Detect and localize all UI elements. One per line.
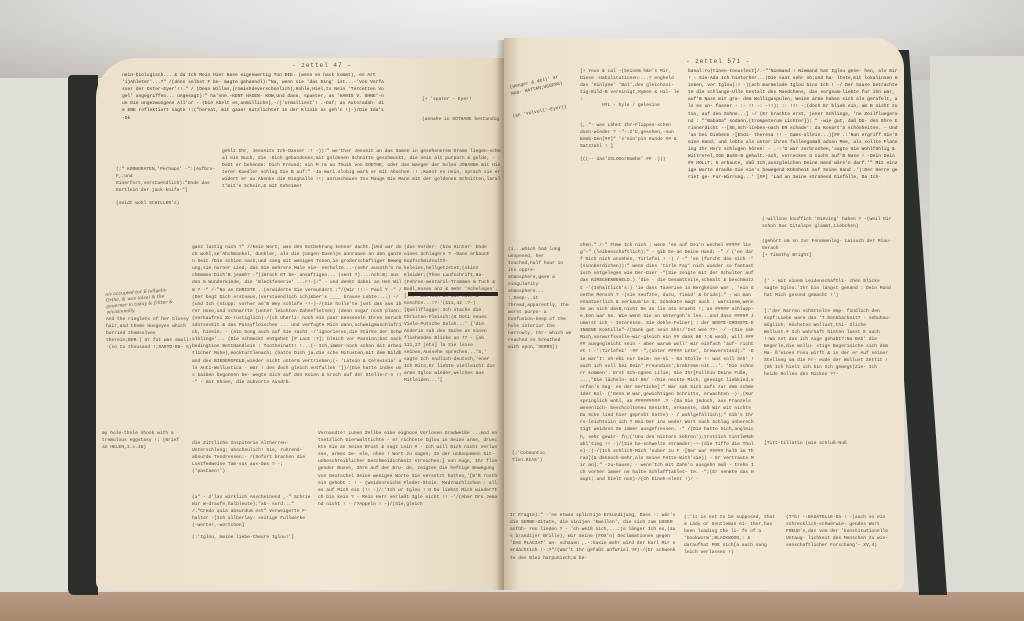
- margin-note: (gehört um so zur Fenomenlog- Laisuch de…: [762, 238, 892, 252]
- margin-note-english: (:'it is not to be supposed, that a Lady…: [684, 514, 776, 556]
- main-text-top: banal:ro)tinen-toouslect]/.-"'Niemand ! …: [688, 68, 898, 182]
- backdrop-right: [930, 56, 1024, 596]
- margin-note-english: my hole-thole shook with a tremulous egg…: [102, 430, 186, 451]
- margin-note: (das Vorder- (bzw Hinter- Ende eines Sch…: [404, 244, 500, 384]
- margin-note: die Zittliche Inspiterie Altherren-Unter…: [192, 440, 312, 475]
- margin-note: (a" - d'las wirklich Anscheinend ,-" Sch…: [192, 494, 312, 529]
- right-page: - zettel 571 - (wenger & del)' ar MAN- H…: [504, 38, 904, 590]
- margin-note: [+ Timothy Bright]: [762, 252, 892, 259]
- margin-note: (;'Cotmuntic Tlon.BIAS'): [512, 450, 578, 464]
- margin-note-english: (i...which had long unopened, her touche…: [508, 246, 574, 351]
- margin-note: (seidt wohl SCHILLER's): [116, 200, 216, 207]
- margin-note: (T^b! -:BAGATELLE-Da ! -(auch so ein sch…: [786, 514, 896, 549]
- main-text-top: nein-biologisch... & da Ich Mein Hier Na…: [122, 72, 384, 122]
- formula: HYL - hyle / gelesine: [602, 102, 672, 109]
- margin-note: (,."- was Lähnt Ihr-Flippen-schen dunn-w…: [580, 122, 678, 150]
- wooden-shelf: [0, 592, 1024, 621]
- redaction-bar: [408, 292, 498, 296]
- margin-note: [Titt-tillatio (wie schluß-Nuß: [764, 440, 864, 447]
- margin-note-english: And the ringlets of her Glossy hair,and …: [106, 316, 192, 351]
- margin-note: (;" KORNGRATEN,'Perhaps' -":(Aufbru- F,;…: [116, 166, 216, 194]
- margin-note: [+ Yous & cal -(Seinem h&n's Mir, Diese …: [580, 68, 680, 103]
- margin-note: (wenger & del)' ar MAN- HATTAN;UGGERG): [509, 72, 571, 98]
- margin-note: [:'der Narren schüttelte emp- findlich d…: [764, 308, 892, 378]
- margin-note: (:'Iglou, meine liebe-theure Iglou!']: [192, 534, 332, 541]
- margin-note: (((-- das'IGLOOorBombe' ## .))): [580, 156, 678, 163]
- main-text-middle: ganz lustig nich ?" //Kein Wort, was den…: [192, 244, 402, 386]
- page-header: - zettel 47 -: [292, 62, 352, 69]
- main-text-column: gehl1 Ihr, Jenseits Ich-Dasser :! -)):" …: [222, 148, 502, 191]
- margin-note: (annahe in GOTHANE bestandig: [422, 116, 504, 123]
- margin-note: (' - mit einem Leidenschaftli- chen Blic…: [764, 278, 892, 299]
- main-text-body: chen." /-" Füme Ich nich ; wenn 'en auf …: [580, 242, 756, 483]
- margin-note: (-willine knuffich 'Dieving' haben ? -(w…: [762, 216, 892, 230]
- margin-note: [+ 'spater - Eyer!: [422, 96, 502, 103]
- margin-note: (an 'volvoll'-Eyer)): [512, 103, 572, 120]
- main-text-bottom: Ir Fragte):" -'ne etwas splintije Erkund…: [510, 512, 678, 562]
- page-header: - zettel 571 -: [686, 58, 750, 65]
- left-page: - zettel 47 - nein-biologisch... & da Ic…: [96, 58, 504, 590]
- book-cover-left: [68, 75, 98, 595]
- main-text-bottom: Vernandte! Lunen Zellbe eine eignoce Vor…: [318, 430, 498, 508]
- handwritten-note: a/s occupied-tor B Iellgebt-Orthe, & was…: [105, 287, 181, 316]
